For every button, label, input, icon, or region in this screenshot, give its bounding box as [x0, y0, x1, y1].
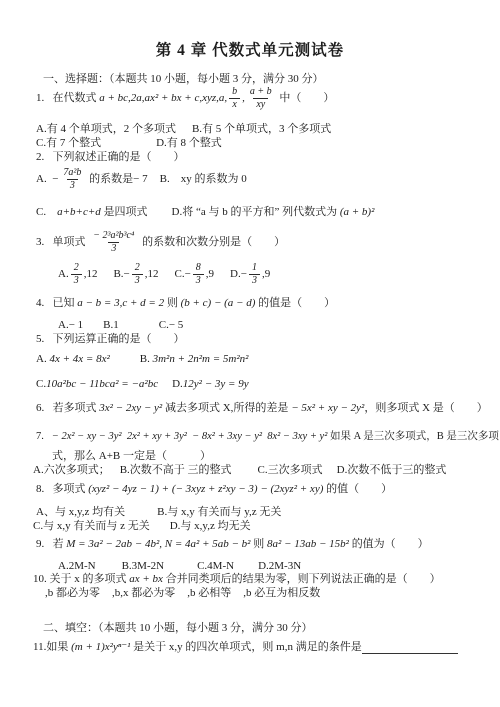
question-10-options: ,b 都必为零,b,x 都必为零,b 必相等,b 必互为相反数 [45, 587, 320, 601]
q3-text: 3. 单项式 [36, 236, 88, 250]
q4-option-c: C.− 5 [159, 319, 184, 333]
section-2-heading: 二、填空：（本题共 10 小题，每小题 3 分，满分 30 分） [43, 619, 313, 635]
question-2-options-cd: C. a+b+c+d 是四项式D.将 “a 与 b 的平方和” 列代数式为 (a… [36, 206, 374, 220]
question-6-stem: 6. 若多项式 3x² − 2xy − y² 减去多项式 X,所得的差是 − 5… [36, 402, 488, 416]
q3-option-a-post: ,12 [84, 268, 98, 282]
q9-option-b: B.3M-2N [122, 560, 164, 574]
q5-option-b-pre: B. [140, 353, 153, 367]
test-paper-page: 第 4 章 代数式单元测试卷 一、选择题：（本题共 10 小题，每小题 3 分，… [0, 0, 500, 707]
q5-option-d-pre: D. [172, 378, 183, 392]
q8-option-d: D.与 x,y,z 均无关 [170, 520, 251, 534]
q2-option-c-post: 是四项式 [101, 206, 148, 220]
q8-option-a: A、与 x,y,z 均有关 [36, 506, 125, 520]
question-4-stem: 4. 已知 a − b = 3,c + d = 2 则 (b + c) − (a… [36, 297, 335, 311]
fraction-a-plus-b-over-xy: a + bxy [247, 86, 275, 111]
fraction-monomial: − 2³a²b³c⁴3 [90, 230, 137, 255]
q3-option-c-pre: C.− [175, 268, 191, 282]
question-4-options: A.− 1B.1C.− 5 [58, 319, 183, 333]
q2-option-a-post: 的系数是− 7 [86, 173, 147, 187]
q1-tail: 中（ ） [277, 92, 335, 106]
fraction-b-over-x: bx [229, 86, 240, 111]
q7-option-b: B.次数不高于 三的整式 [120, 464, 232, 478]
question-5-stem: 5. 下列运算正确的是（ ） [36, 333, 185, 347]
q1-option-a: A.有 4 个单项式，2 个多项式 [36, 123, 176, 137]
q1-option-c: C.有 7 个整式 [36, 137, 101, 151]
question-1-stem: 1. 在代数式 a + bc,2a,ax² + bx + c,xyz,a,bx,… [36, 86, 334, 111]
q10-option-d: ,b 必互为相反数 [243, 587, 320, 601]
question-5-options-cd: C.10a²bc − 11bca² = −a²bcD.12y² − 3y = 9… [36, 378, 249, 392]
question-2-stem: 2. 下列叙述正确的是（ ） [36, 151, 185, 165]
q7-option-d: D.次数不低于三的整式 [337, 464, 447, 478]
fraction-2-3-b: 23 [132, 262, 143, 287]
question-8-options-cd: C.与 x,y 有关而与 z 无关D.与 x,y,z 均无关 [33, 520, 251, 534]
q10-option-b: ,b,x 都必为零 [112, 587, 175, 601]
q3-option-b-post: ,12 [145, 268, 159, 282]
question-7-stem-line1: 7. − 2x² − xy − 3y² 2x² + xy + 3y² − 8x²… [36, 430, 499, 443]
question-5-options-ab: A. 4x + 4x = 8x²B. 3m²n + 2n²m = 5m²n² [36, 353, 248, 367]
q5-option-b-math: 3m²n + 2n²m = 5m²n² [153, 353, 249, 367]
q2-option-d-math: (a + b)² [340, 206, 375, 220]
fraction-8-3: 83 [193, 262, 204, 287]
q10-option-c: ,b 必相等 [187, 587, 231, 601]
q1-option-d: D.有 8 个整式 [156, 137, 222, 151]
question-7-options: A.六次多项式；B.次数不高于 三的整式C.三次多项式D.次数不低于三的整式 [33, 464, 446, 478]
q2-option-c-math: a+b+c+d [57, 206, 101, 220]
q4-option-a: A.− 1 [58, 319, 83, 333]
section-1-heading: 一、选择题：（本题共 10 小题，每小题 3 分，满分 30 分） [43, 70, 324, 86]
q1-option-b: B.有 5 个单项式，3 个多项式 [192, 123, 331, 137]
q7-option-c: C.三次多项式 [258, 464, 323, 478]
question-1-options-cd: C.有 7 个整式D.有 8 个整式 [36, 137, 222, 151]
q9-option-c: C.4M-N [197, 560, 234, 574]
q4-option-b: B.1 [103, 319, 119, 333]
question-9-stem: 9. 若 M = 3a² − 2ab − 4b², N = 4a² + 5ab … [36, 538, 429, 552]
q8-option-c: C.与 x,y 有关而与 z 无关 [33, 520, 150, 534]
q2-option-a-pre: A. − [36, 173, 58, 187]
question-10-stem: 10. 关于 x 的多项式 ax + bx 合并同类项后的结果为零，则下列说法正… [33, 573, 441, 587]
q3-option-c-post: ,9 [206, 268, 214, 282]
question-11-stem: 11.如果 (m + 1)x²yⁿ⁻¹ 是关于 x,y 的四次单项式，则 m,n… [33, 641, 458, 655]
q1-math: a + bc,2a,ax² + bx + c,xyz,a, [99, 92, 227, 106]
fraction-2-3-a: 23 [71, 262, 82, 287]
q3-option-b-pre: B.− [113, 268, 129, 282]
question-3-stem: 3. 单项式 − 2³a²b³c⁴3 的系数和次数分别是（ ） [36, 230, 285, 255]
question-3-options: A.23,12B.−23,12C.−83,9D.−13,9 [58, 262, 270, 287]
page-title: 第 4 章 代数式单元测试卷 [0, 38, 500, 60]
q1-text: 1. 在代数式 [36, 92, 99, 106]
q5-option-c-math: 10a²bc − 11bca² = −a²bc [46, 378, 158, 392]
q7-option-a: A.六次多项式； [33, 464, 110, 478]
q3-option-a-pre: A. [58, 268, 69, 282]
q9-option-d: D.2M-3N [258, 560, 301, 574]
q5-option-a-pre: A. [36, 353, 49, 367]
fraction-1-3: 13 [249, 262, 260, 287]
q3-tail: 的系数和次数分别是（ ） [139, 236, 285, 250]
q3-option-d-pre: D.− [230, 268, 247, 282]
q1-comma: , [242, 92, 245, 106]
q9-option-a: A.2M-N [58, 560, 96, 574]
question-9-options: A.2M-NB.3M-2NC.4M-ND.2M-3N [58, 560, 301, 574]
answer-blank [362, 642, 458, 654]
fraction-7a2b-over-3: 7a²b3 [60, 167, 84, 192]
question-8-options-ab: A、与 x,y,z 均有关B.与 x,y 有关而与 y,z 无关 [36, 506, 281, 520]
q2-option-d-pre: D.将 “a 与 b 的平方和” 列代数式为 [172, 206, 340, 220]
question-2-options-ab: A. −7a²b3 的系数是− 7B. xy 的系数为 0 [36, 167, 247, 192]
question-7-stem-line2: 式，那么 A+B 一定是（ ） [52, 450, 211, 464]
q3-option-d-post: ,9 [262, 268, 270, 282]
question-1-options-ab: A.有 4 个单项式，2 个多项式B.有 5 个单项式，3 个多项式 [36, 123, 331, 137]
q10-option-a: ,b 都必为零 [45, 587, 100, 601]
question-8-stem: 8. 多项式 (xyz² − 4yz − 1) + (− 3xyz + z²xy… [36, 483, 392, 497]
q8-option-b: B.与 x,y 有关而与 y,z 无关 [157, 506, 281, 520]
q5-option-d-math: 12y² − 3y = 9y [183, 378, 249, 392]
q2-option-c-pre: C. [36, 206, 57, 220]
q5-option-a-math: 4x + 4x = 8x² [49, 353, 109, 367]
q2-option-b: B. xy 的系数为 0 [160, 173, 247, 187]
q5-option-c-pre: C. [36, 378, 46, 392]
